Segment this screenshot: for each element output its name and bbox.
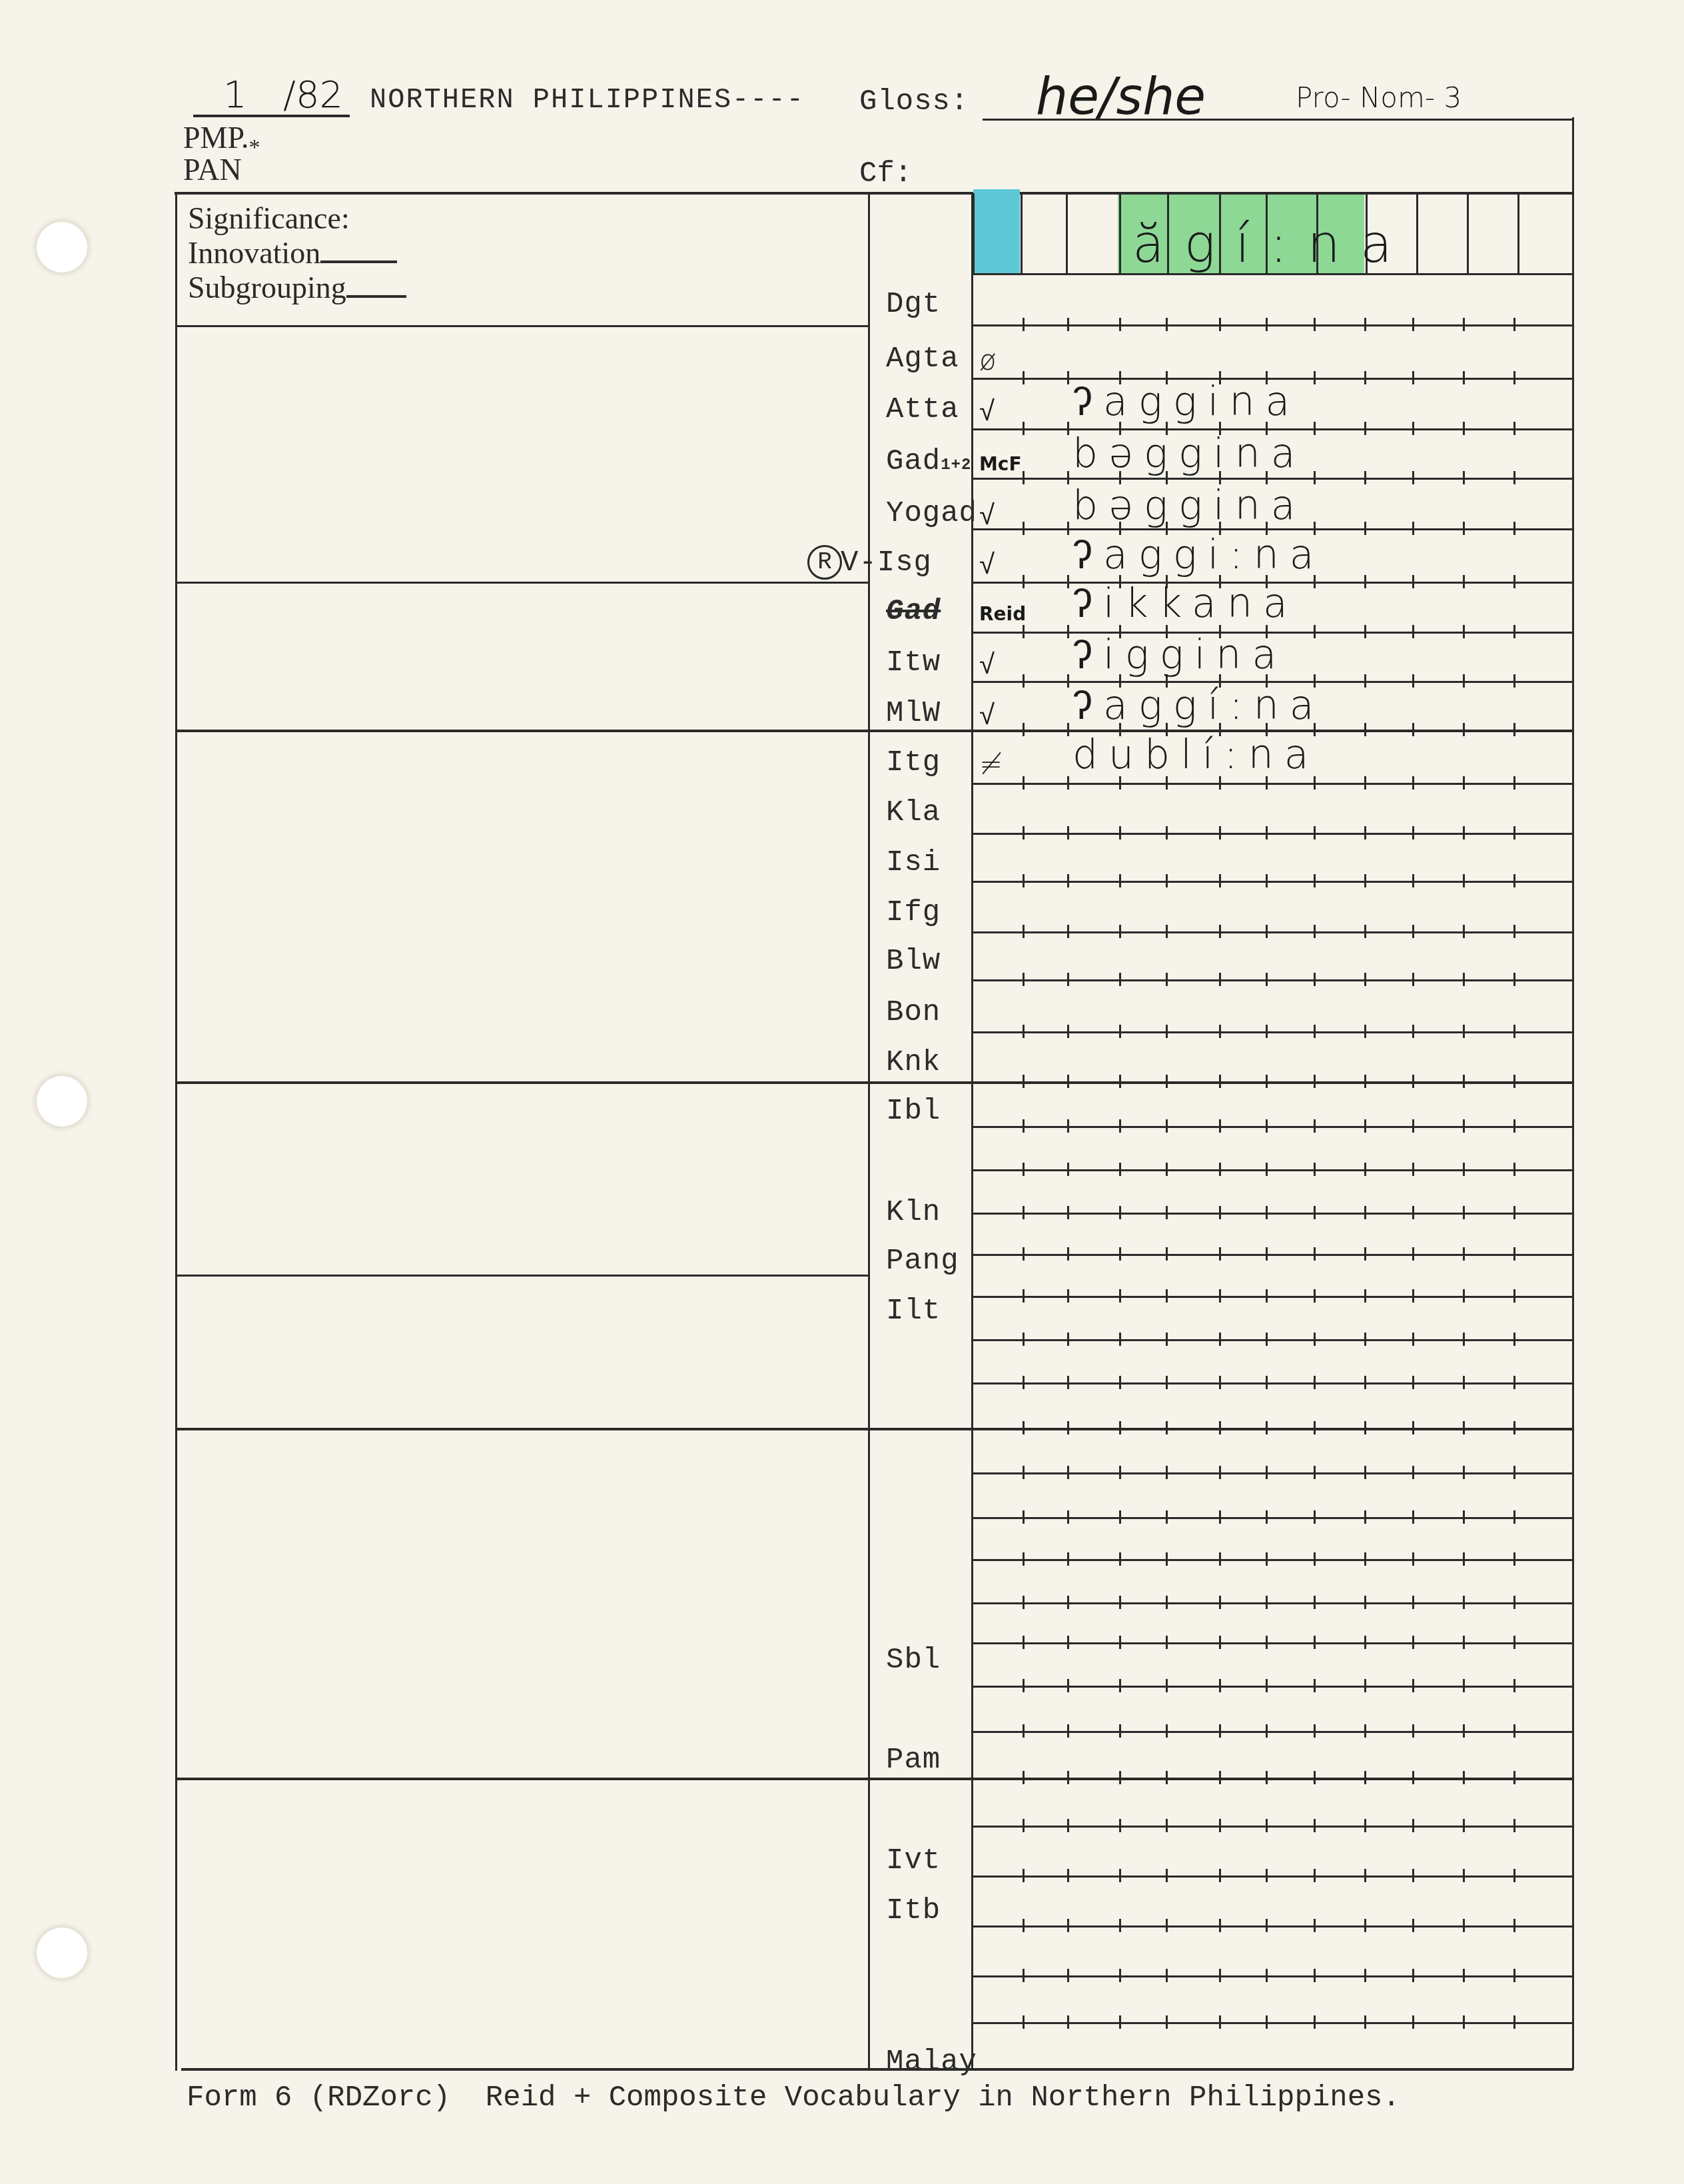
cell-tick [1314,318,1316,331]
letter-grid-divider [1066,193,1068,273]
cell-tick [1166,1771,1168,1784]
cell-tick [1266,925,1268,938]
cell-tick [1412,471,1414,484]
card-number-field: 1 /82 [193,79,350,119]
cell-tick [1266,1919,1268,1932]
cell-tick [1067,1421,1069,1434]
cell-tick [1412,318,1414,331]
cell-tick [1364,1596,1366,1609]
cell-tick [1513,1771,1515,1784]
cell-tick [1412,1421,1414,1434]
cell-tick [1314,1636,1316,1649]
cell-tick [1119,1969,1121,1982]
cell-tick [1023,1510,1025,1524]
cell-tick [1513,1163,1515,1176]
cell-tick [1219,1636,1221,1649]
cell-tick [1119,1333,1121,1346]
language-label: Bon [886,996,941,1029]
cell-tick [1412,575,1414,588]
cell-tick [1463,1206,1465,1219]
cell-tick [1266,1163,1268,1176]
cell-tick [1067,522,1069,535]
cell-tick [1364,973,1366,986]
cell-tick [1067,2015,1069,2029]
cell-tick [1412,1636,1414,1649]
cell-tick [1314,2015,1316,2029]
cell-tick [1314,1163,1316,1176]
cell-tick [1219,1421,1221,1434]
letter-grid-divider [1119,193,1121,273]
pan-label: PAN [183,152,242,187]
cell-tick [1513,674,1515,688]
hole-punch-bottom [35,1925,89,1980]
cell-tick [1364,1163,1366,1176]
cell-tick [1023,1552,1025,1566]
cell-tick [1364,1869,1366,1882]
cell-tick [1463,422,1465,435]
cell-tick [1513,1421,1515,1434]
cell-tick [1166,1163,1168,1176]
language-label: Dgt [886,288,941,321]
cell-tick [1219,1206,1221,1219]
cell-tick [1412,826,1414,839]
cell-tick [1314,1376,1316,1389]
language-label: Gad [886,595,941,628]
cell-tick [1314,1869,1316,1882]
cell-tick [1119,1206,1121,1219]
cell-tick [1119,1466,1121,1479]
cell-tick [1023,422,1025,435]
cell-tick [1513,1119,1515,1133]
cell-tick [1513,575,1515,588]
cell-tick [1067,925,1069,938]
cell-tick [1513,371,1515,384]
gloss-label: Gloss: [859,85,969,119]
cell-tick [1364,1510,1366,1524]
cognate-form: ʔikkana [1072,580,1298,627]
cell-tick [1266,1075,1268,1088]
cell-tick [1266,1636,1268,1649]
cell-tick [1314,973,1316,986]
cell-tick [1463,2015,1465,2029]
cell-tick [1463,1510,1465,1524]
cell-tick [1023,1119,1025,1133]
language-label: Ifg [886,896,941,929]
cell-tick [1166,1025,1168,1038]
cell-tick [1463,522,1465,535]
cell-tick [1023,1869,1025,1882]
cell-tick [1513,1596,1515,1609]
cell-tick [1463,1819,1465,1832]
cell-tick [1463,776,1465,790]
cell-tick [1119,1919,1121,1932]
significance-heading: Significance: [188,201,406,236]
cell-tick [1412,1333,1414,1346]
cell-tick [1513,925,1515,938]
cell-tick [1219,1724,1221,1738]
cell-tick [1266,973,1268,986]
cell-tick [1513,1075,1515,1088]
language-label: MlW [886,697,941,730]
cell-tick [1314,1466,1316,1479]
language-label: Kla [886,796,941,829]
cell-tick [1412,925,1414,938]
cell-tick [1364,1247,1366,1261]
language-label: Kln [886,1196,941,1229]
cell-tick [1166,826,1168,839]
cell-tick [1023,1771,1025,1784]
cell-tick [1463,925,1465,938]
cell-tick [1166,973,1168,986]
row-rule [973,1031,1572,1033]
cognate-form: bəggina [1072,482,1306,529]
cell-tick [1266,1025,1268,1038]
cell-tick [1314,1247,1316,1261]
cell-tick [1266,1421,1268,1434]
cell-tick [1266,1333,1268,1346]
cell-tick [1119,1075,1121,1088]
cell-tick [1314,925,1316,938]
row-rule [973,1686,1572,1688]
row-rule [973,1602,1572,1604]
cell-tick [1463,1466,1465,1479]
cell-tick [1023,723,1025,736]
cell-tick [1166,1869,1168,1882]
cell-tick [1067,1206,1069,1219]
cell-tick [1067,874,1069,887]
cell-tick [1166,1819,1168,1832]
cell-tick [1067,1466,1069,1479]
cell-tick [1219,2015,1221,2029]
cell-tick [1463,318,1465,331]
language-label: Agta [886,342,959,376]
cell-tick [1219,1376,1221,1389]
cell-tick [1513,1466,1515,1479]
letter-grid-divider [1572,193,1574,273]
cell-tick [1364,1969,1366,1982]
cell-tick [1119,1679,1121,1692]
language-label: V-Isg [841,546,932,580]
language-label: Ibl [886,1095,941,1128]
cell-tick [1364,318,1366,331]
cell-tick [1364,1333,1366,1346]
language-label: Malay [886,2045,977,2079]
cell-tick [1513,625,1515,638]
cell-tick [1119,1025,1121,1038]
cell-tick [1067,1636,1069,1649]
cell-tick [1314,1206,1316,1219]
cell-tick [1463,1247,1465,1261]
cell-tick [1314,1819,1316,1832]
cell-tick [1166,1679,1168,1692]
cell-tick [1314,1596,1316,1609]
language-label: Sbl [886,1644,941,1677]
cell-tick [1166,1421,1168,1434]
cell-tick [1119,318,1121,331]
cell-tick [1219,1025,1221,1038]
table-bottom-border [181,2068,1573,2071]
cell-tick [1166,1466,1168,1479]
cell-tick [1023,973,1025,986]
row-rule [973,1126,1572,1128]
cell-tick [1463,371,1465,384]
cell-tick [1463,1289,1465,1303]
source-mark: ≠ [979,748,1003,780]
cell-tick [1119,1119,1121,1133]
cell-tick [1219,1510,1221,1524]
cell-tick [1067,1119,1069,1133]
cell-tick [1219,826,1221,839]
cell-tick [1119,1596,1121,1609]
cell-tick [1463,973,1465,986]
cell-tick [1067,625,1069,638]
cell-tick [1314,874,1316,887]
cell-tick [1023,826,1025,839]
cell-tick [1266,1679,1268,1692]
section-divider [175,582,869,584]
cell-tick [1314,1333,1316,1346]
cell-tick [1119,1636,1121,1649]
language-label: Isi [886,846,941,879]
subgrouping-field[interactable]: Subgrouping [188,271,406,305]
cell-tick [1412,1969,1414,1982]
cell-tick [1364,1289,1366,1303]
cell-tick [1364,1075,1366,1088]
cell-tick [1166,1552,1168,1566]
cell-tick [1364,2015,1366,2029]
cell-tick [1266,1969,1268,1982]
subgrouping-label: Subgrouping [188,271,346,304]
source-mark: √ [979,498,995,531]
cell-tick [1463,575,1465,588]
language-label: Itw [886,646,941,680]
language-label: Gad1+2 [886,445,971,478]
cell-tick [1266,826,1268,839]
cf-label: Cf: [859,157,912,191]
card-total: /82 [283,73,343,117]
cell-tick [1166,318,1168,331]
row-rule [973,783,1572,785]
cell-tick [1023,1969,1025,1982]
gloss-box-right [1572,117,1574,2069]
cell-tick [1412,522,1414,535]
cell-tick [1513,2015,1515,2029]
cell-tick [1067,471,1069,484]
row-rule [973,1731,1572,1733]
cognate-form: ʔaggina [1072,378,1300,425]
cell-tick [1513,1819,1515,1832]
cell-tick [1266,1247,1268,1261]
cell-tick [1412,371,1414,384]
cell-tick [1067,1163,1069,1176]
row-rule [973,1925,1572,1927]
cell-tick [1023,1679,1025,1692]
cell-tick [1067,1724,1069,1738]
cell-tick [1166,1376,1168,1389]
cell-tick [1314,1025,1316,1038]
cell-tick [1166,1206,1168,1219]
cell-tick [1023,1466,1025,1479]
cell-tick [1314,1724,1316,1738]
cell-tick [1219,1919,1221,1932]
section-divider [175,325,869,327]
cell-tick [1119,1552,1121,1566]
cell-tick [1023,1075,1025,1088]
cell-tick [1412,723,1414,736]
cell-tick [1023,1206,1025,1219]
cell-tick [1314,1289,1316,1303]
cell-tick [1463,1421,1465,1434]
row-rule [973,1382,1572,1384]
cell-tick [1266,874,1268,887]
cell-tick [1067,1025,1069,1038]
significance-block: Significance: Innovation Subgrouping [188,201,406,305]
row-rule [973,1296,1572,1298]
cell-tick [1067,1289,1069,1303]
cell-tick [1412,1869,1414,1882]
language-label: Yogad [886,497,977,530]
row-rule [973,1081,1572,1083]
cell-tick [1119,1510,1121,1524]
source-mark: ø [979,344,997,376]
cell-tick [1412,776,1414,790]
row-rule [973,478,1572,480]
cell-tick [1364,1819,1366,1832]
cell-tick [1314,1421,1316,1434]
cell-tick [1119,1421,1121,1434]
cell-tick [1513,522,1515,535]
cell-tick [1119,874,1121,887]
cell-tick [1067,1510,1069,1524]
card-total-value: 82 [296,73,343,117]
cell-tick [1463,723,1465,736]
cell-tick [1364,575,1366,588]
cell-tick [1023,874,1025,887]
cell-tick [1463,1919,1465,1932]
cell-tick [1513,1969,1515,1982]
cell-tick [1364,1724,1366,1738]
source-mark: √ [979,394,995,427]
cell-tick [1412,1510,1414,1524]
card-number: 1 [223,73,247,117]
cell-tick [1314,776,1316,790]
source-mark: Reid [979,603,1026,625]
cell-tick [1219,1466,1221,1479]
cell-tick [1119,1163,1121,1176]
language-label: Pang [886,1245,959,1278]
cell-tick [1364,1376,1366,1389]
letter-grid-divider [973,193,975,273]
cell-tick [1463,1969,1465,1982]
row-rule [973,1254,1572,1256]
cell-tick [1023,1025,1025,1038]
cell-tick [1513,318,1515,331]
cell-tick [1023,674,1025,688]
cell-tick [1513,1552,1515,1566]
cell-tick [1412,1724,1414,1738]
cell-tick [1219,1163,1221,1176]
gloss-value: he/she [1036,67,1206,126]
source-mark: McF [979,453,1022,475]
cell-tick [1219,925,1221,938]
row-rule [973,979,1572,981]
cell-tick [1412,1163,1414,1176]
cell-tick [1023,1289,1025,1303]
row-rule [973,2022,1572,2024]
cell-tick [1266,1289,1268,1303]
pmp-text: PMP. [183,121,248,155]
cell-tick [1412,874,1414,887]
cell-tick [1463,1075,1465,1088]
cell-tick [1364,371,1366,384]
language-subscript: 1+2 [941,456,971,474]
row-rule [973,1472,1572,1474]
form-footer: Form 6 (RDZorc) Reid + Composite Vocabul… [187,2081,1400,2115]
cell-tick [1513,874,1515,887]
cell-tick [1166,1724,1168,1738]
cell-tick [1067,1376,1069,1389]
cell-tick [1266,1596,1268,1609]
cell-tick [1119,1289,1121,1303]
cell-tick [1463,1119,1465,1133]
cell-tick [1513,1919,1515,1932]
cell-tick [1314,422,1316,435]
cell-tick [1364,1206,1366,1219]
cell-tick [1364,723,1366,736]
cognate-form: ʔiggina [1072,632,1287,678]
cell-tick [1067,973,1069,986]
cell-tick [1219,1552,1221,1566]
cell-tick [1412,1819,1414,1832]
cell-tick [1219,1969,1221,1982]
cell-tick [1513,1869,1515,1882]
cell-tick [1412,674,1414,688]
cell-tick [1463,826,1465,839]
cell-tick [1166,1075,1168,1088]
cell-tick [1119,925,1121,938]
cognate-form: bəggina [1072,430,1306,477]
row-rule [973,324,1572,326]
cell-tick [1023,2015,1025,2029]
cell-tick [1219,776,1221,790]
cell-tick [1023,471,1025,484]
cell-tick [1023,925,1025,938]
cell-tick [1023,625,1025,638]
cell-tick [1513,826,1515,839]
cell-tick [1166,1969,1168,1982]
cell-tick [1219,1771,1221,1784]
cell-tick [1463,1596,1465,1609]
cell-tick [1166,1247,1168,1261]
cell-tick [1119,1724,1121,1738]
cell-tick [1067,1333,1069,1346]
cell-tick [1463,1163,1465,1176]
cell-tick [1166,776,1168,790]
cell-tick [1364,522,1366,535]
cell-tick [1364,776,1366,790]
cognate-form: dublí:na [1072,732,1320,778]
row-rule [973,1975,1572,1977]
cell-tick [1166,1289,1168,1303]
cell-tick [1364,625,1366,638]
innovation-field[interactable]: Innovation [188,236,406,271]
cell-tick [1412,1466,1414,1479]
cell-tick [1364,1771,1366,1784]
language-label: Itg [886,746,941,780]
pmp-star: * [248,135,260,160]
cell-tick [1166,1119,1168,1133]
reconstruction-form: ăgí:na [1132,215,1412,274]
